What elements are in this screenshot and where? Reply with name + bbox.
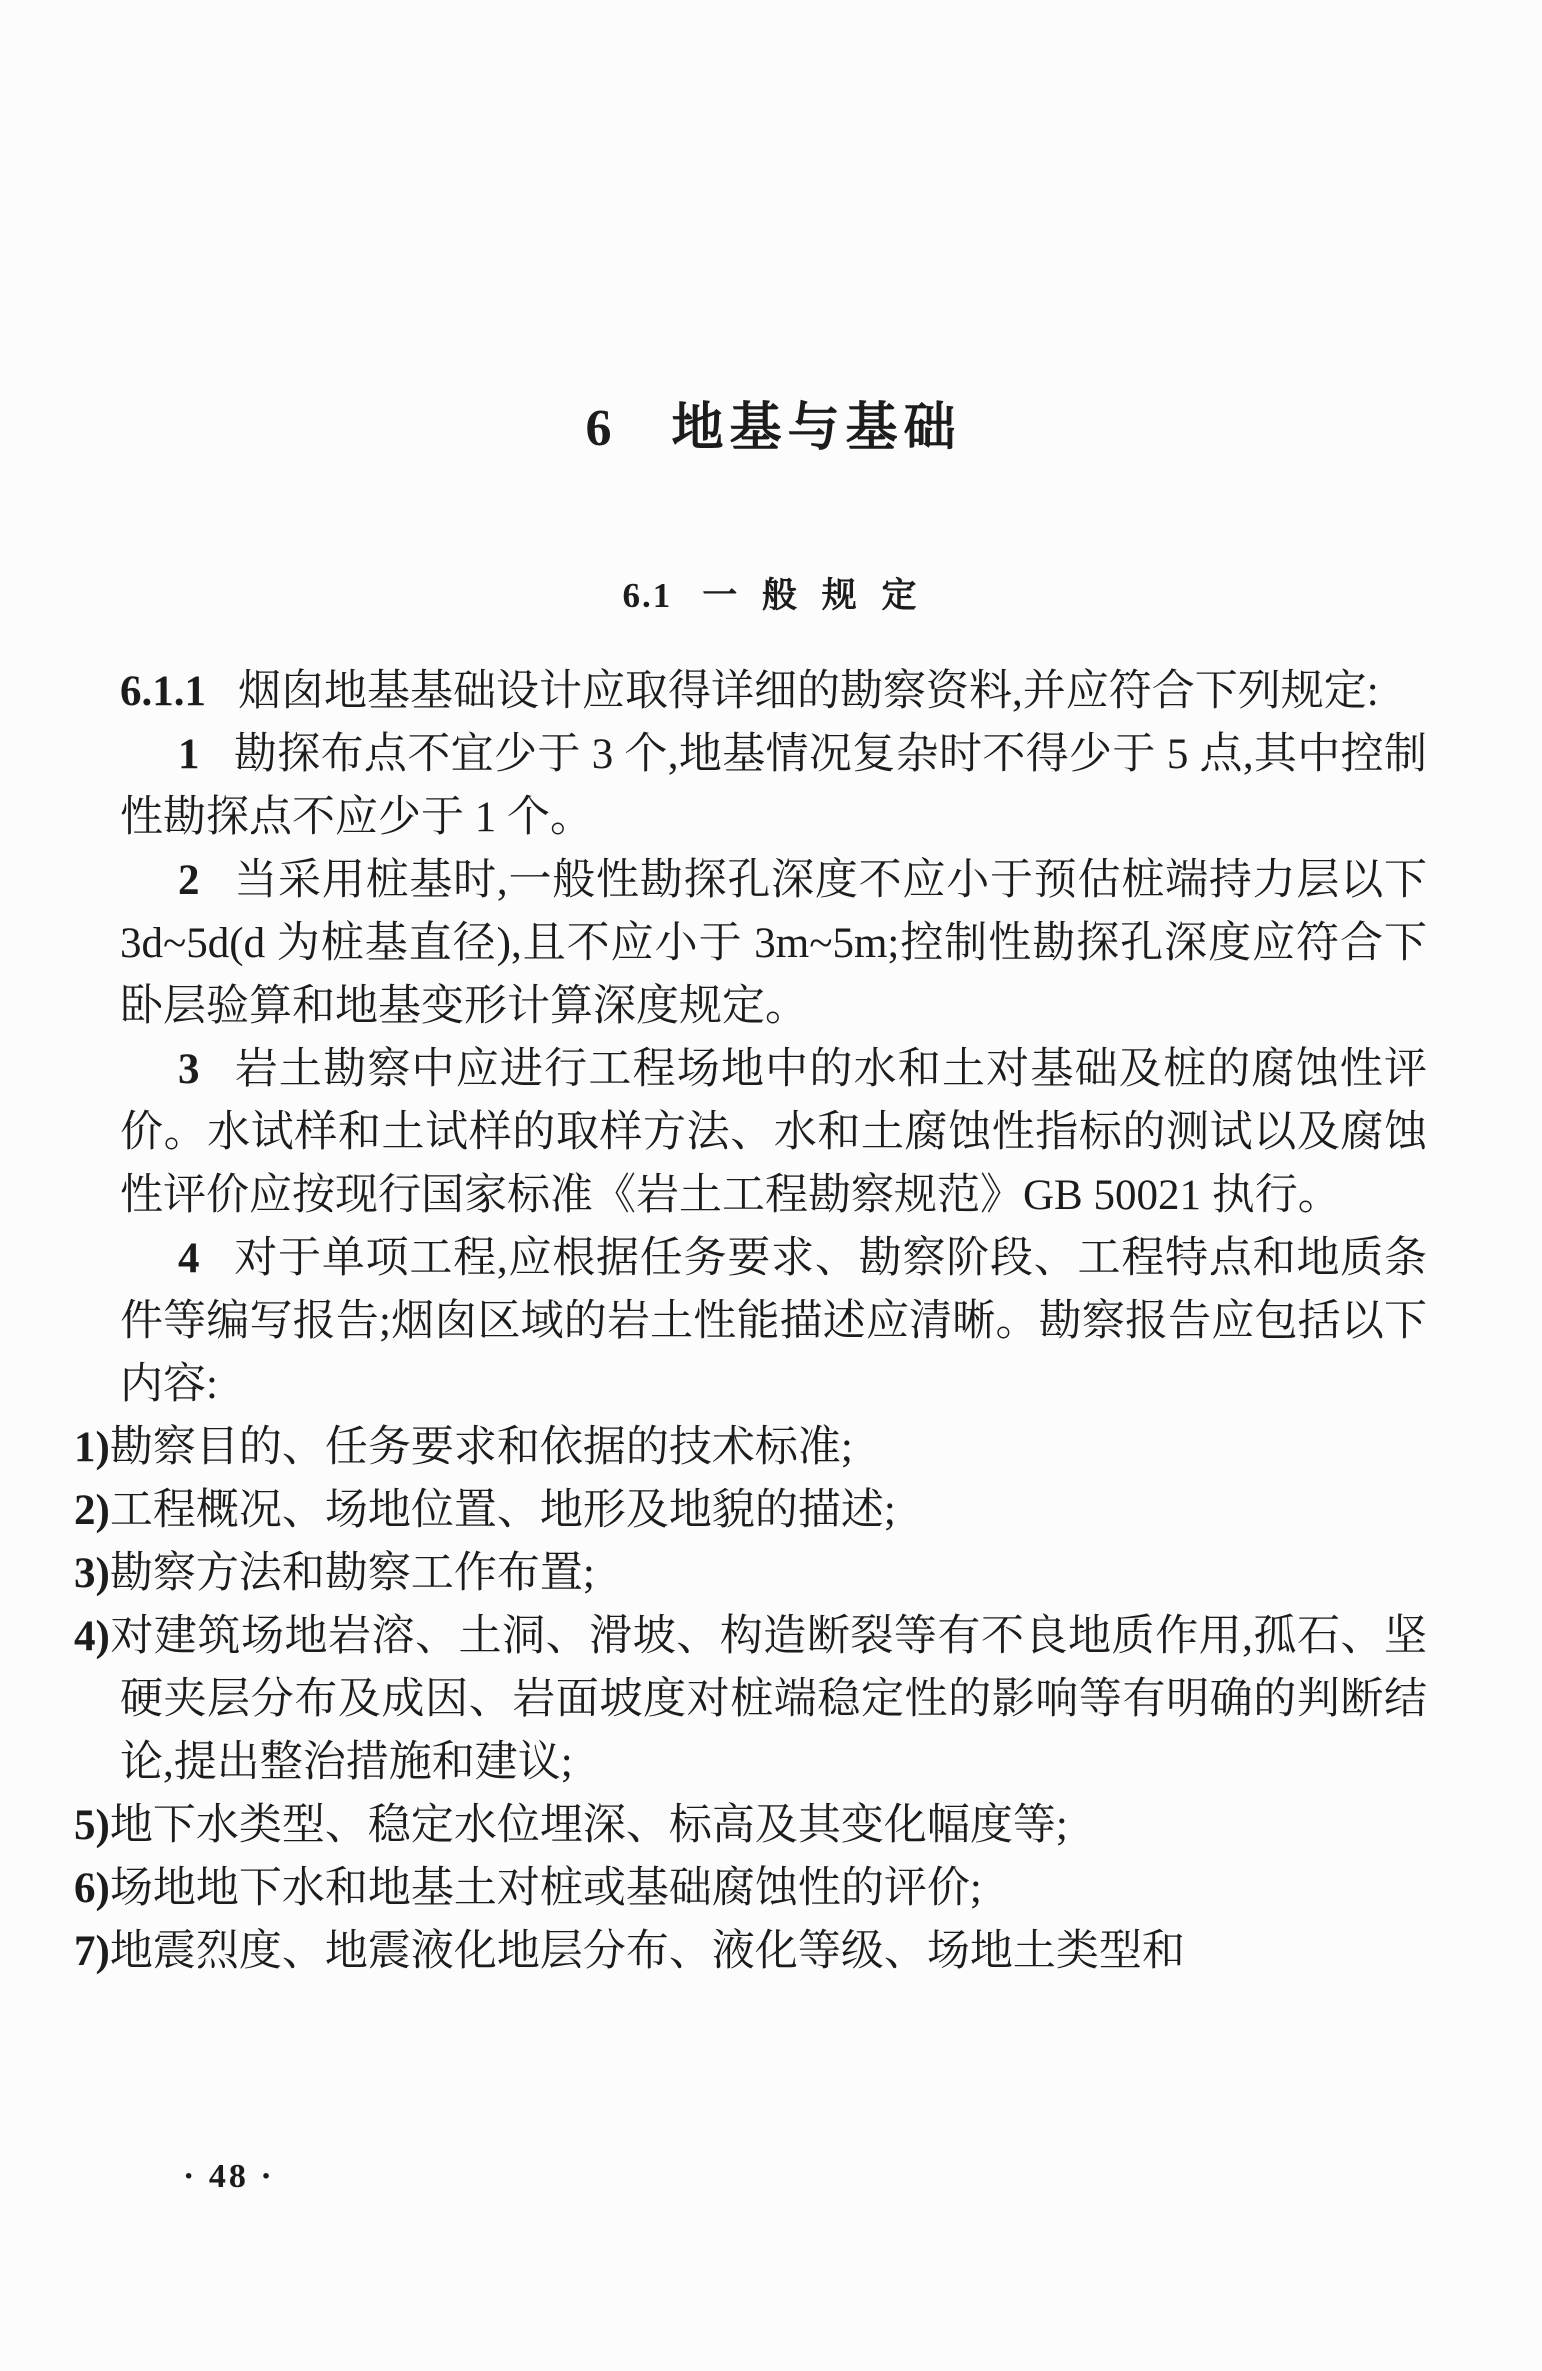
subitem-text: 工程概况、场地位置、地形及地貌的描述; (110, 1487, 896, 1534)
subitem-text: 勘察目的、任务要求和依据的技术标准; (110, 1424, 853, 1471)
subitem-number: 4) (74, 1613, 110, 1660)
clause-subitem: 3)勘察方法和勘察工作布置; (120, 1542, 1427, 1605)
item-number: 1 (178, 731, 200, 778)
section-number: 6.1 (622, 576, 672, 615)
subitem-number: 3) (74, 1550, 110, 1597)
clause-subitem: 1)勘察目的、任务要求和依据的技术标准; (120, 1416, 1427, 1479)
subitem-text: 对建筑场地岩溶、土洞、滑坡、构造断裂等有不良地质作用,孤石、坚硬夹层分布及成因、… (110, 1613, 1427, 1786)
subitem-number: 6) (74, 1865, 110, 1912)
section-title: 6.1一 般 规 定 (120, 568, 1427, 618)
subitem-text: 地下水类型、稳定水位埋深、标高及其变化幅度等; (110, 1802, 1068, 1849)
clause-subitem: 7)地震烈度、地震液化地层分布、液化等级、场地土类型和 (120, 1920, 1427, 1983)
clause-subitem: 2)工程概况、场地位置、地形及地貌的描述; (120, 1479, 1427, 1542)
item-number: 2 (178, 857, 200, 904)
item-number: 3 (178, 1046, 200, 1093)
clause-item: 4对于单项工程,应根据任务要求、勘察阶段、工程特点和地质条件等编写报告;烟囱区域… (120, 1227, 1427, 1416)
clause-item: 3岩土勘察中应进行工程场地中的水和土对基础及桩的腐蚀性评价。水试样和土试样的取样… (120, 1038, 1427, 1227)
clause-number: 6.1.1 (120, 668, 206, 715)
item-text: 当采用桩基时,一般性勘探孔深度不应小于预估桩端持力层以下 3d~5d(d 为桩基… (120, 857, 1427, 1030)
clause-intro-text: 烟囱地基基础设计应取得详细的勘察资料,并应符合下列规定: (238, 668, 1379, 715)
chapter-title: 6地基与基础 (120, 385, 1427, 460)
subitem-text: 勘察方法和勘察工作布置; (110, 1550, 595, 1597)
subitem-number: 5) (74, 1802, 110, 1849)
subitem-number: 2) (74, 1487, 110, 1534)
subitem-text: 场地地下水和地基土对桩或基础腐蚀性的评价; (110, 1865, 982, 1912)
item-number: 4 (178, 1235, 200, 1282)
section-name: 一 般 规 定 (702, 576, 924, 615)
item-text: 对于单项工程,应根据任务要求、勘察阶段、工程特点和地质条件等编写报告;烟囱区域的… (120, 1235, 1427, 1408)
item-text: 岩土勘察中应进行工程场地中的水和土对基础及桩的腐蚀性评价。水试样和土试样的取样方… (120, 1046, 1427, 1219)
subitem-number: 7) (74, 1928, 110, 1975)
clause-item: 2当采用桩基时,一般性勘探孔深度不应小于预估桩端持力层以下 3d~5d(d 为桩… (120, 849, 1427, 1038)
clause-subitem: 4)对建筑场地岩溶、土洞、滑坡、构造断裂等有不良地质作用,孤石、坚硬夹层分布及成… (120, 1605, 1427, 1794)
clause-paragraph: 6.1.1烟囱地基基础设计应取得详细的勘察资料,并应符合下列规定: (120, 660, 1427, 723)
chapter-name: 地基与基础 (671, 400, 961, 457)
subitem-number: 1) (74, 1424, 110, 1471)
document-page: 6地基与基础 6.1一 般 规 定 6.1.1烟囱地基基础设计应取得详细的勘察资… (0, 0, 1542, 2371)
clause-body: 6.1.1烟囱地基基础设计应取得详细的勘察资料,并应符合下列规定: 1勘探布点不… (120, 660, 1427, 1983)
clause-subitem: 6)场地地下水和地基土对桩或基础腐蚀性的评价; (120, 1857, 1427, 1920)
item-text: 勘探布点不宜少于 3 个,地基情况复杂时不得少于 5 点,其中控制性勘探点不应少… (120, 731, 1427, 841)
chapter-number: 6 (585, 400, 617, 457)
subitem-text: 地震烈度、地震液化地层分布、液化等级、场地土类型和 (110, 1928, 1185, 1975)
page-number: · 48 · (183, 2158, 275, 2196)
clause-item: 1勘探布点不宜少于 3 个,地基情况复杂时不得少于 5 点,其中控制性勘探点不应… (120, 723, 1427, 849)
clause-subitem: 5)地下水类型、稳定水位埋深、标高及其变化幅度等; (120, 1794, 1427, 1857)
